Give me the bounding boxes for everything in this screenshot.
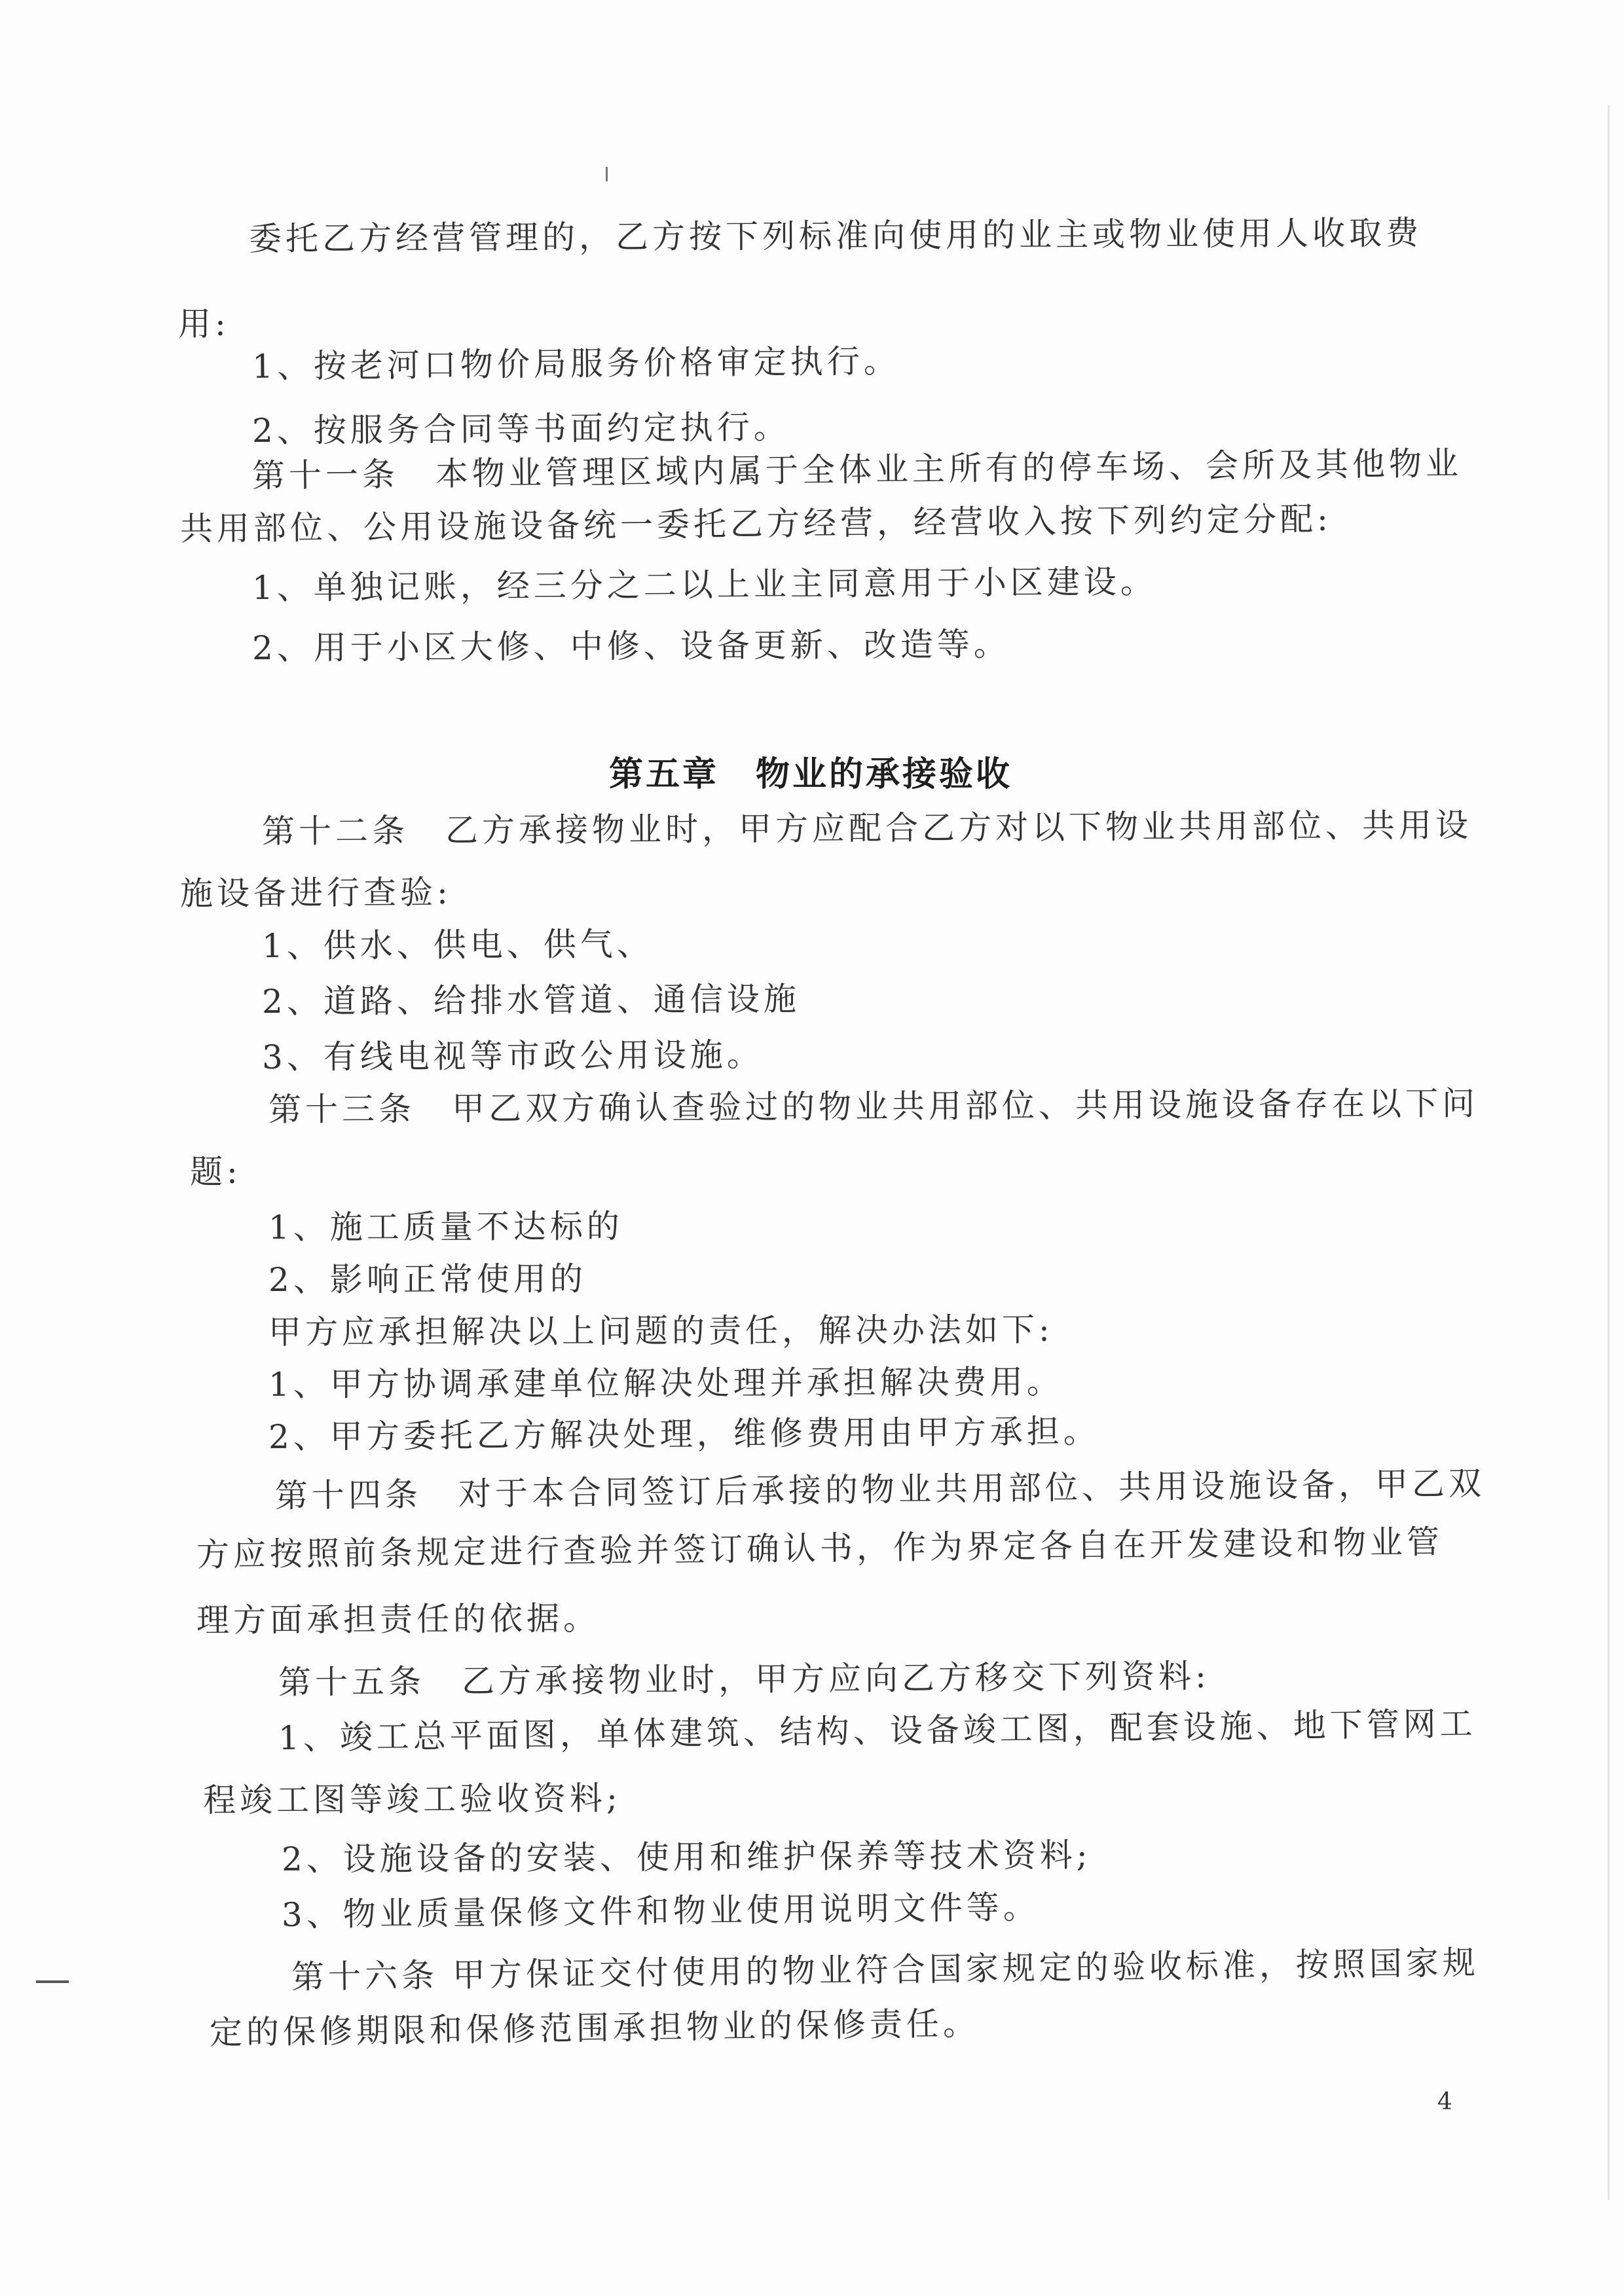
text-line: 程竣工图等竣工验收资料; xyxy=(203,1779,621,1820)
text-line: 1、供水、供电、供气、 xyxy=(262,924,654,966)
text-line: 2、按服务合同等书面约定执行。 xyxy=(252,407,790,450)
text-line: 1、按老河口物价局服务价格审定执行。 xyxy=(252,341,900,386)
text-line: 题: xyxy=(190,1152,242,1192)
scan-edge-right xyxy=(1608,105,1610,2200)
document-page: 委托乙方经营管理的，乙方按下列标准向使用的业主或物业使用人收取费用:1、按老河口… xyxy=(0,0,1624,2296)
text-line: 2、设施设备的安装、使用和维护保养等技术资料; xyxy=(282,1836,1092,1879)
text-line: 第十一条 本物业管理区域内属于全体业主所有的停车场、会所及其他物业 xyxy=(252,444,1463,496)
text-line: 施设备进行查验: xyxy=(180,873,452,913)
text-line: 第十三条 甲乙双方确认查验过的物业共用部位、共用设施设备存在以下问 xyxy=(268,1084,1479,1129)
scan-mark-left xyxy=(36,1980,69,1983)
chapter-heading: 第五章 物业的承接验收 xyxy=(609,746,1012,795)
text-line: 第十五条 乙方承接物业时，甲方应向乙方移交下列资料: xyxy=(278,1656,1210,1702)
text-line: 2、甲方委托乙方解决处理，维修费用由甲方承担。 xyxy=(268,1412,1100,1457)
text-line: 委托乙方经营管理的，乙方按下列标准向使用的业主或物业使用人收取费 xyxy=(249,213,1422,259)
text-line: 2、用于小区大修、中修、设备更新、改造等。 xyxy=(252,625,1010,668)
text-line: 第十四条 对于本合同签订后承接的物业共用部位、共用设施设备，甲乙双 xyxy=(275,1464,1486,1516)
text-line: 第十二条 乙方承接物业时，甲方应配合乙方对以下物业共用部位、共用设 xyxy=(262,805,1472,851)
scan-mark-top xyxy=(606,167,608,181)
text-line: 2、影响正常使用的 xyxy=(268,1259,587,1300)
text-line: 2、道路、给排水管道、通信设施 xyxy=(262,979,800,1021)
text-line: 共用部位、公用设施设备统一委托乙方经营，经营收入按下列约定分配: xyxy=(180,500,1332,549)
text-line: 1、单独记账，经三分之二以上业主同意用于小区建设。 xyxy=(252,562,1157,608)
text-line: 3、物业质量保修文件和物业使用说明文件等。 xyxy=(282,1887,1040,1935)
text-line: 用: xyxy=(178,304,230,344)
text-line: 甲方应承担解决以上问题的责任，解决办法如下: xyxy=(268,1310,1054,1352)
text-line: 理方面承担责任的依据。 xyxy=(196,1599,600,1640)
text-line: 1、竣工总平面图，单体建筑、结构、设备竣工图，配套设施、地下管网工 xyxy=(278,1704,1477,1758)
text-line: 定的保修期限和保修范围承担物业的保修责任。 xyxy=(210,2004,980,2052)
text-line: 1、施工质量不达标的 xyxy=(268,1207,623,1247)
page-number: 4 xyxy=(1437,2088,1452,2115)
text-line: 方应按照前条规定进行查验并签订确认书，作为界定各自在开发建设和物业管 xyxy=(196,1522,1444,1575)
text-line: 3、有线电视等市政公用设施。 xyxy=(262,1035,764,1077)
text-line: 1、甲方协调承建单位解决处理并承担解决费用。 xyxy=(268,1362,1063,1404)
text-line: 第十六条 甲方保证交付使用的物业符合国家规定的验收标准，按照国家规 xyxy=(291,1943,1480,1997)
